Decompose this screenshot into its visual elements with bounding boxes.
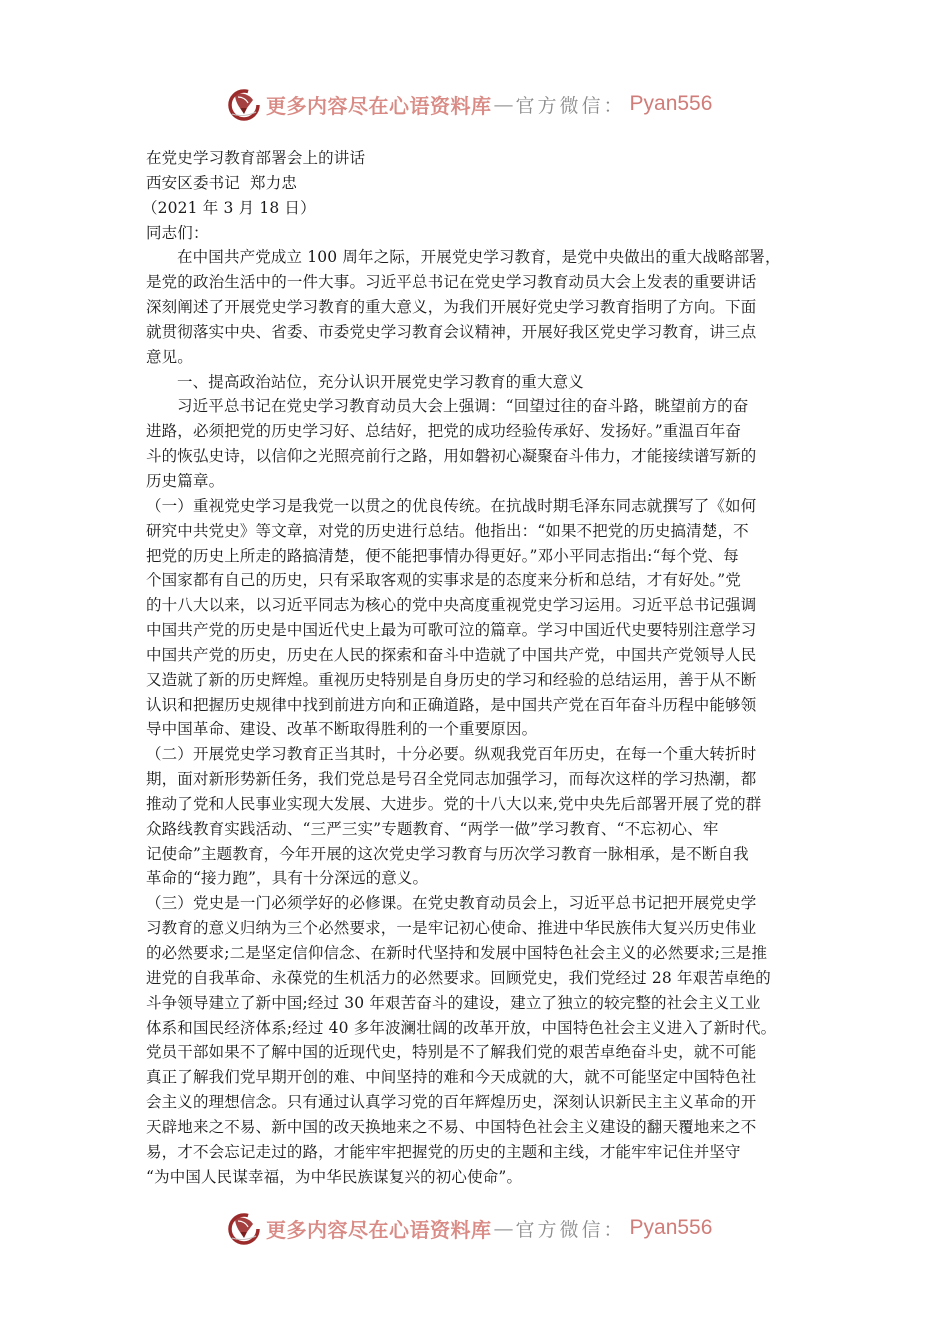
text-line: 进路，必须把党的历史学习好、总结好，把党的成功经验传承好、发扬好。”重温百年奋	[146, 419, 816, 444]
text-line: 个国家都有自己的历史，只有采取客观的实事求是的态度来分析和总结，才有好处。”党	[146, 568, 816, 593]
document-author: 西安区委书记 郑力忠	[146, 171, 816, 196]
text-line: （一）重视党史学习是我党一以贯之的优良传统。在抗战时期毛泽东同志就撰写了《如何	[146, 494, 816, 519]
text-line: 会主义的理想信念。只有通过认真学习党的百年辉煌历史，深刻认识新民主主义革命的开	[146, 1090, 816, 1115]
document-body: 在党史学习教育部署会上的讲话 西安区委书记 郑力忠 （2021 年 3 月 18…	[146, 146, 816, 1189]
text-line: 中国共产党的历史是中国近代史上最为可歌可泣的篇章。学习中国近代史要特别注意学习	[146, 618, 816, 643]
watermark-main-text: 更多内容尽在心语资料库	[266, 1214, 492, 1243]
watermark-banner-bottom: 更多内容尽在心语资料库 — 官方微信： Pyan556	[226, 1208, 726, 1248]
text-line: 推动了党和人民事业实现大发展、大进步。党的十八大以来,党中央先后部署开展了党的群	[146, 792, 816, 817]
document-paragraphs: 在中国共产党成立 100 周年之际，开展党史学习教育，是党中央做出的重大战略部署…	[146, 245, 816, 1189]
watermark-wechat-id: Pyan556	[630, 1216, 713, 1240]
text-line: 在中国共产党成立 100 周年之际，开展党史学习教育，是党中央做出的重大战略部署…	[146, 245, 816, 270]
text-line: 众路线教育实践活动、“三严三实”专题教育、“两学一做”学习教育、“不忘初心、牢	[146, 817, 816, 842]
text-line: 导中国革命、建设、改革不断取得胜利的一个重要原因。	[146, 717, 816, 742]
text-line: 把党的历史上所走的路搞清楚，便不能把事情办得更好。”邓小平同志指出:“每个党、每	[146, 544, 816, 569]
text-line: 期，面对新形势新任务，我们党总是号召全党同志加强学习，而每次这样的学习热潮，都	[146, 767, 816, 792]
watermark-label: 官方微信：	[516, 1215, 626, 1242]
text-line: 是党的政治生活中的一件大事。习近平总书记在党史学习教育动员大会上发表的重要讲话	[146, 270, 816, 295]
watermark-dash: —	[494, 92, 514, 116]
text-line: 又造就了新的历史辉煌。重视历史特别是自身历史的学习和经验的总结运用，善于从不断	[146, 668, 816, 693]
quill-pen-logo-icon	[226, 86, 262, 122]
text-line: 习近平总书记在党史学习教育动员大会上强调：“回望过往的奋斗路，眺望前方的奋	[146, 394, 816, 419]
text-line: 研究中共党史》等文章，对党的历史进行总结。他指出：“如果不把党的历史搞清楚，不	[146, 519, 816, 544]
text-line: 一、提高政治站位，充分认识开展党史学习教育的重大意义	[146, 370, 816, 395]
watermark-label: 官方微信：	[516, 91, 626, 118]
watermark-main-text: 更多内容尽在心语资料库	[266, 90, 492, 119]
text-line: 党员干部如果不了解中国的近现代史，特别是不了解我们党的艰苦卓绝奋斗史，就不可能	[146, 1040, 816, 1065]
text-line: 深刻阐述了开展党史学习教育的重大意义，为我们开展好党史学习教育指明了方向。下面	[146, 295, 816, 320]
text-line: “为中国人民谋幸福，为中华民族谋复兴的初心使命”。	[146, 1165, 816, 1190]
text-line: 天辟地来之不易、新中国的改天换地来之不易、中国特色社会主义建设的翻天覆地来之不	[146, 1115, 816, 1140]
text-line: 的十八大以来，以习近平同志为核心的党中央高度重视党史学习运用。习近平总书记强调	[146, 593, 816, 618]
text-line: 历史篇章。	[146, 469, 816, 494]
text-line: 意见。	[146, 345, 816, 370]
text-line: 斗争领导建立了新中国;经过 30 年艰苦奋斗的建设，建立了独立的较完整的社会主义…	[146, 991, 816, 1016]
text-line: 斗的恢弘史诗，以信仰之光照亮前行之路，用如磐初心凝聚奋斗伟力，才能接续谱写新的	[146, 444, 816, 469]
text-line: 中国共产党的历史，历史在人民的探索和奋斗中造就了中国共产党，中国共产党领导人民	[146, 643, 816, 668]
text-line: 易，才不会忘记走过的路，才能牢牢把握党的历史的主题和主线，才能牢牢记住并坚守	[146, 1140, 816, 1165]
watermark-banner-top: 更多内容尽在心语资料库 — 官方微信： Pyan556	[226, 84, 726, 124]
document-salutation: 同志们：	[146, 221, 816, 246]
text-line: 认识和把握历史规律中找到前进方向和正确道路，是中国共产党在百年奋斗历程中能够领	[146, 693, 816, 718]
text-line: 体系和国民经济体系;经过 40 多年波澜壮阔的改革开放，中国特色社会主义进入了新…	[146, 1016, 816, 1041]
text-line: 真正了解我们党早期开创的难、中间坚持的难和今天成就的大，就不可能坚定中国特色社	[146, 1065, 816, 1090]
quill-pen-logo-icon	[226, 1210, 262, 1246]
document-date: （2021 年 3 月 18 日）	[142, 196, 816, 221]
text-line: 的必然要求;二是坚定信仰信念、在新时代坚持和发展中国特色社会主义的必然要求;三是…	[146, 941, 816, 966]
text-line: 记使命”主题教育，今年开展的这次党史学习教育与历次学习教育一脉相承，是不断自我	[146, 842, 816, 867]
text-line: 习教育的意义归纳为三个必然要求，一是牢记初心使命、推进中华民族伟大复兴历史伟业	[146, 916, 816, 941]
document-title: 在党史学习教育部署会上的讲话	[146, 146, 816, 171]
watermark-dash: —	[494, 1216, 514, 1240]
text-line: 革命的“接力跑”，具有十分深远的意义。	[146, 866, 816, 891]
text-line: 进党的自我革命、永葆党的生机活力的必然要求。回顾党史，我们党经过 28 年艰苦卓…	[146, 966, 816, 991]
text-line: （三）党史是一门必须学好的必修课。在党史教育动员会上，习近平总书记把开展党史学	[146, 891, 816, 916]
text-line: （二）开展党史学习教育正当其时，十分必要。纵观我党百年历史，在每一个重大转折时	[146, 742, 816, 767]
text-line: 就贯彻落实中央、省委、市委党史学习教育会议精神，开展好我区党史学习教育，讲三点	[146, 320, 816, 345]
watermark-wechat-id: Pyan556	[630, 92, 713, 116]
